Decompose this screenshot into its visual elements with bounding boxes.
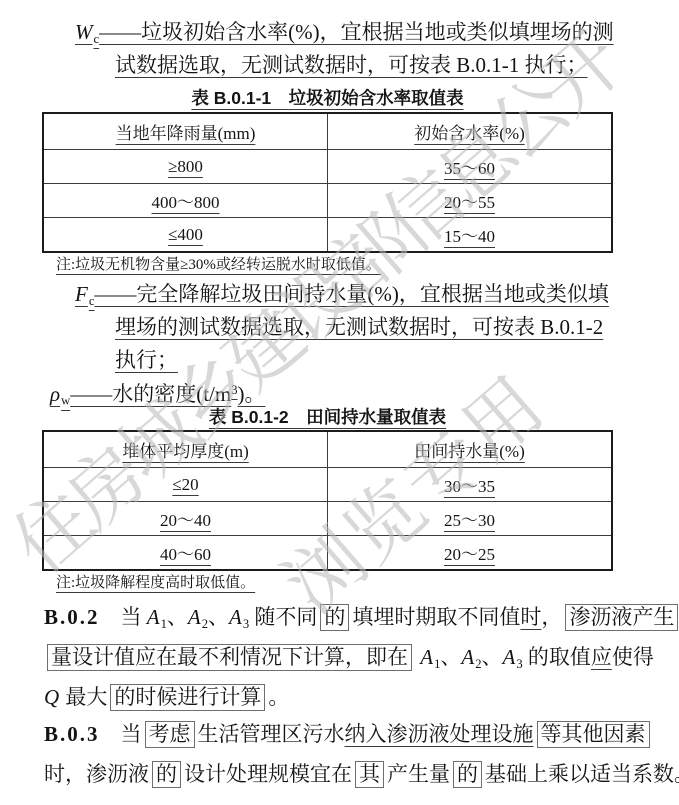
text-line: Fc——完全降解垃圾田间持水量(%)，宜根据当地或类似填 [75,278,609,311]
table2-caption-text: 表 B.0.1-2 田间持水量取值表 [209,407,446,427]
table1-cell: ≥800 [43,150,328,184]
table-row: ≤20 30～35 [43,468,612,502]
paragraph-rho-definition: ρw——水的密度(t/m3)。 [50,374,266,407]
text-segment: 时 [520,605,541,629]
text-segment: B.0.2 [44,605,100,629]
text-segment: 执行； [115,348,178,372]
text-segment: 、 [208,605,229,629]
text-segment: 设计处理规模宜在 [184,762,352,786]
text-segment: 埋场的测试数据选取，无测试数据时，可按表 B.0.1-2 [115,315,603,339]
table-b011: 当地年降雨量(mm) 初始含水率(%) ≥800 35～60 400～800 2… [42,112,613,253]
table1-caption: 表 B.0.1-1 垃圾初始含水率取值表 [42,85,613,110]
text-segment: ——水的密度(t/m [70,382,231,406]
text-segment: 基础上乘以适当系数。 [485,762,679,786]
text-segment: W [75,20,94,44]
text-segment: ρ [50,382,61,406]
text-segment: ， [541,605,562,629]
text-segment: 生活管理区污水 [198,722,345,746]
text-line: 执行； [75,344,609,377]
text-segment: A [229,605,243,629]
table-row: 20～40 25～30 [43,502,612,536]
text-segment: 当 [100,605,147,629]
paragraph-wc-definition: Wc——垃圾初始含水率(%)，宜根据当地或类似填埋场的测试数据选取，无测试数据时… [75,16,614,82]
text-segment: A [147,605,161,629]
paragraph-fc-definition: Fc——完全降解垃圾田间持水量(%)，宜根据当地或类似填埋场的测试数据选取，无测… [75,278,609,377]
table2-cell: 40～60 [43,536,328,571]
text-line: 试数据选取，无测试数据时，可按表 B.0.1-1 执行； [75,49,614,82]
table2-header-row: 堆体平均厚度(m) 田间持水量(%) [43,431,612,468]
revision-boxed-text: 考虑 [145,721,195,748]
table1-cell: 35～60 [328,150,613,184]
table2-cell: 30～35 [328,468,613,502]
table1-cell: 400～800 [43,184,328,218]
table2-cell: 25～30 [328,502,613,536]
table2-header-col1: 堆体平均厚度(m) [43,431,328,468]
revision-boxed-text: 的时候进行计算 [110,684,265,711]
revision-boxed-text: 渗沥液产生 [565,604,678,631]
text-segment: 的取值 [523,645,591,669]
table-b012: 堆体平均厚度(m) 田间持水量(%) ≤20 30～35 20～40 25～30… [42,430,613,571]
table1-header-col1: 当地年降雨量(mm) [43,113,328,150]
text-segment: )。 [238,382,266,406]
text-segment: 当 [100,722,142,746]
text-segment: 、 [167,605,188,629]
table1-cell: ≤400 [43,218,328,253]
table-row: ≥800 35～60 [43,150,612,184]
text-segment: ——垃圾初始含水率(%)，宜根据当地或类似填埋场的测 [99,20,613,44]
table2-cell: ≤20 [43,468,328,502]
text-segment: 、 [482,645,503,669]
revision-boxed-text: 等其他因素 [537,721,650,748]
text-segment: 最大 [60,685,107,709]
table-row: ≤400 15～40 [43,218,612,253]
text-segment: B.0.3 [44,722,100,746]
text-segment: 随不同 [249,605,317,629]
revision-boxed-text: 的 [453,761,482,788]
table1-cell: 15～40 [328,218,613,253]
text-segment: A [420,645,434,669]
text-line: 时，渗沥液的设计处理规模宜在其产生量的基础上乘以适当系数。 [44,754,679,794]
text-segment: F [75,282,89,306]
text-segment: 。 [268,685,289,709]
text-segment: Q [44,685,60,709]
table1-header-row: 当地年降雨量(mm) 初始含水率(%) [43,113,612,150]
text-line: 量设计值应在最不利情况下计算，即在 A1、A2、A3 的取值应使得 [44,637,679,677]
table1-header-col2: 初始含水率(%) [328,113,613,150]
text-line: ρw——水的密度(t/m3)。 [50,374,266,407]
clause-b03: B.0.3 当考虑生活管理区污水纳入渗沥液处理设施等其他因素时，渗沥液的设计处理… [44,714,679,794]
revision-boxed-text: 的 [320,604,349,631]
clause-b02: B.0.2 当 A1、A2、A3 随不同的填埋时期取不同值时，渗沥液产生量设计值… [44,597,679,717]
text-segment: 试数据选取，无测试数据时，可按表 B.0.1-1 执行； [115,53,588,77]
text-segment: 应 [591,645,612,669]
text-segment: 纳入渗沥液处理设施 [345,722,534,746]
table2-caption: 表 B.0.1-2 田间持水量取值表 [42,404,613,429]
text-line: B.0.2 当 A1、A2、A3 随不同的填埋时期取不同值时，渗沥液产生 [44,597,679,637]
revision-boxed-text: 量设计值应在最不利情况下计算，即在 [47,644,412,671]
text-line: 埋场的测试数据选取，无测试数据时，可按表 B.0.1-2 [75,311,609,344]
text-segment: A [461,645,475,669]
table2-cell: 20～25 [328,536,613,571]
table2-header-col2: 田间持水量(%) [328,431,613,468]
text-segment: 填埋时期取不同值 [352,605,520,629]
text-segment: 使得 [612,645,654,669]
text-segment: 、 [440,645,461,669]
table1-caption-text: 表 B.0.1-1 垃圾初始含水率取值表 [191,88,463,108]
text-segment: A [188,605,202,629]
text-segment: ——完全降解垃圾田间持水量(%)，宜根据当地或类似填 [94,282,608,306]
text-segment: 时，渗沥液 [44,762,149,786]
document-page: 住房城乡建设部信息公开 浏览专用 Wc——垃圾初始含水率(%)，宜根据当地或类似… [0,0,679,805]
table2-cell: 20～40 [43,502,328,536]
table-row: 40～60 20～25 [43,536,612,571]
text-segment: A [503,645,517,669]
table-row: 400～800 20～55 [43,184,612,218]
table2-note: 注:垃圾降解程度高时取低值。 [56,571,255,592]
text-line: Wc——垃圾初始含水率(%)，宜根据当地或类似填埋场的测 [75,16,614,49]
revision-boxed-text: 的 [152,761,181,788]
text-line: Q 最大的时候进行计算。 [44,677,679,717]
text-segment: 产生量 [387,762,450,786]
table1-cell: 20～55 [328,184,613,218]
revision-boxed-text: 其 [355,761,384,788]
text-line: B.0.3 当考虑生活管理区污水纳入渗沥液处理设施等其他因素 [44,714,679,754]
table1-note: 注:垃圾无机物含量≥30%或经转运脱水时取低值。 [56,253,381,274]
